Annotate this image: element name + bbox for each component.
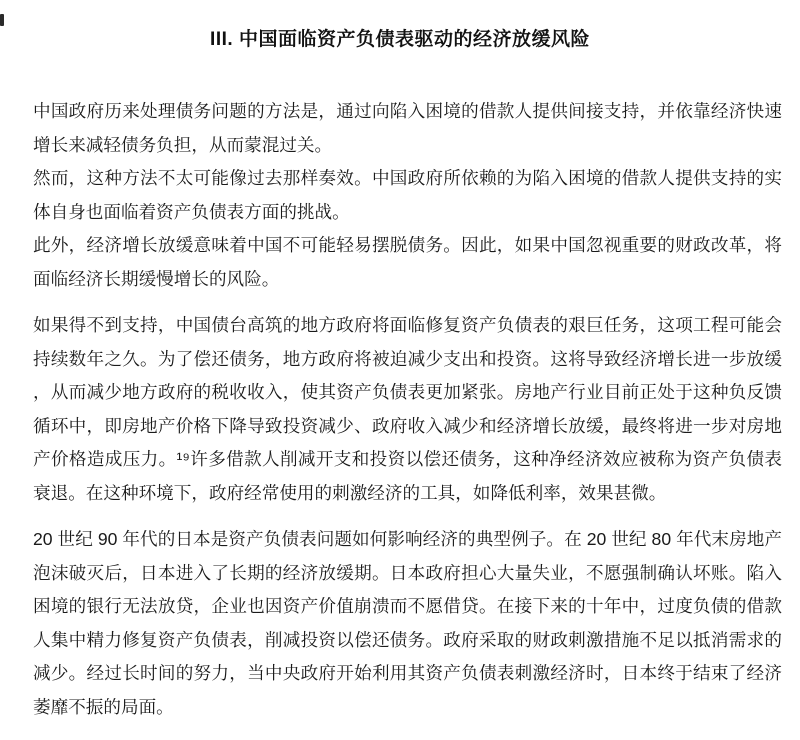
document-body: 中国政府历来处理债务问题的方法是，通过向陷入困境的借款人提供间接支持，并依靠经济…: [33, 95, 782, 724]
document-page: III. 中国面临资产负债表驱动的经济放缓风险 中国政府历来处理债务问题的方法是…: [0, 0, 800, 740]
section-title: III. 中国面临资产负债表驱动的经济放缓风险: [0, 0, 800, 52]
paragraph-1: 中国政府历来处理债务问题的方法是，通过向陷入困境的借款人提供间接支持，并依靠经济…: [33, 95, 782, 162]
paragraph-4: 如果得不到支持，中国债台高筑的地方政府将面临修复资产负债表的艰巨任务，这项工程可…: [33, 309, 782, 510]
paragraph-2: 然而，这种方法不太可能像过去那样奏效。中国政府所依赖的为陷入困境的借款人提供支持…: [33, 162, 782, 229]
paragraph-3: 此外，经济增长放缓意味着中国不可能轻易摆脱债务。因此，如果中国忽视重要的财政改革…: [33, 229, 782, 296]
stray-ink-mark: [0, 14, 4, 26]
paragraph-5: 20 世纪 90 年代的日本是资产负债表问题如何影响经济的典型例子。在 20 世…: [33, 523, 782, 724]
